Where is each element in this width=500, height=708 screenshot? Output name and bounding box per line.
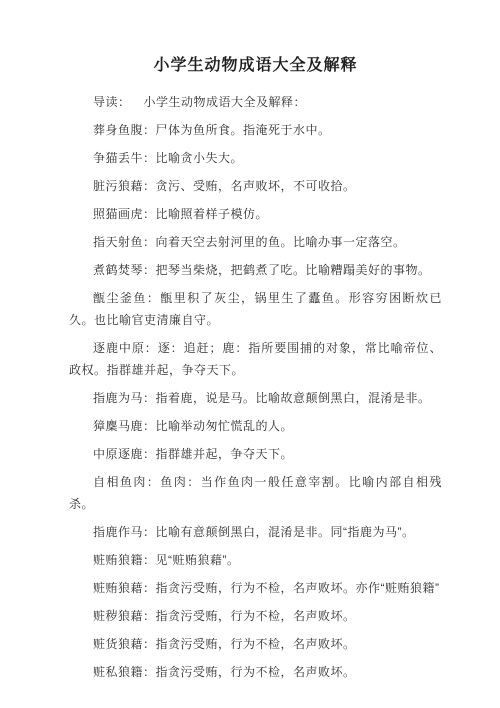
- idiom-definition: 指贪污受贿，行为不检，名声败坏。: [156, 665, 356, 679]
- idiom-definition: 指群雄并起，争夺天下。: [156, 447, 294, 461]
- idiom-entry: 甑尘釜鱼：甑里积了灰尘，锅里生了蠹鱼。形容穷困断炊已久。也比喻官吏清廉自守。: [69, 287, 442, 331]
- idiom-entry: 指天射鱼：向着天空去射河里的鱼。比喻办事一定落空。: [69, 231, 442, 253]
- idiom-term: 獐麇马鹿：: [93, 419, 156, 433]
- idiom-term: 逐鹿中原：: [93, 341, 158, 355]
- idiom-definition: 尸体为鱼所食。指淹死于水中。: [156, 123, 331, 137]
- idiom-term: 争猫丢牛：: [93, 151, 156, 165]
- idiom-definition: 指贪污受贿，行为不检，名声败坏。: [156, 637, 356, 651]
- idiom-definition: 指着鹿，说是马。比喻故意颠倒黑白，混淆是非。: [156, 391, 431, 405]
- idiom-term: 指鹿为马：: [93, 391, 156, 405]
- idiom-term: 照猫画虎：: [93, 207, 156, 221]
- idiom-term: 脏污狼藉：: [93, 179, 156, 193]
- idiom-definition: 比喻照着样子模仿。: [156, 207, 269, 221]
- idiom-entry: 赃秽狼藉：指贪污受贿，行为不检，名声败坏。: [69, 605, 442, 627]
- idiom-term: 煮鹤焚琴：: [93, 263, 156, 277]
- idiom-entry: 争猫丢牛：比喻贪小失大。: [69, 147, 442, 169]
- idiom-entry: 脏污狼藉：贪污、受贿，名声败坏，不可收拾。: [69, 175, 442, 197]
- idiom-entry: 獐麇马鹿：比喻举动匆忙慌乱的人。: [69, 415, 442, 437]
- idiom-definition: 把琴当柴烧，把鹤煮了吃。比喻糟蹋美好的事物。: [156, 263, 431, 277]
- idiom-definition: 贪污、受贿，名声败坏，不可收拾。: [156, 179, 356, 193]
- idiom-term: 赃秽狼藉：: [93, 609, 156, 623]
- idiom-definition: 向着天空去射河里的鱼。比喻办事一定落空。: [156, 235, 406, 249]
- idiom-term: 葬身鱼腹：: [93, 123, 156, 137]
- idiom-definition: 比喻贪小失大。: [156, 151, 244, 165]
- idiom-definition: 指贪污受贿，行为不检，名声败坏。亦作“赃贿狼籍”: [156, 581, 440, 595]
- idiom-term: 赃贿狼籍：: [93, 553, 156, 567]
- idiom-term: 自相鱼肉：: [93, 475, 160, 489]
- idiom-term: 赃私狼籍：: [93, 665, 156, 679]
- idiom-term: 指鹿作马：: [93, 525, 156, 539]
- intro-label: 导读：: [93, 95, 131, 109]
- idiom-entry: 赃货狼藉：指贪污受贿，行为不检，名声败坏。: [69, 633, 442, 655]
- idiom-entry: 照猫画虎：比喻照着样子模仿。: [69, 203, 442, 225]
- idiom-term: 赃贿狼藉：: [93, 581, 156, 595]
- document-page: 小学生动物成语大全及解释 导读：小学生动物成语大全及解释： 葬身鱼腹：尸体为鱼所…: [0, 0, 500, 708]
- idiom-entry: 指鹿作马：比喻有意颠倒黑白，混淆是非。同“指鹿为马”。: [69, 521, 442, 543]
- intro-text: 小学生动物成语大全及解释：: [144, 95, 307, 109]
- idiom-entry: 自相鱼肉：鱼肉：当作鱼肉一般任意宰割。比喻内部自相残杀。: [69, 471, 442, 515]
- idiom-entry: 中原逐鹿：指群雄并起，争夺天下。: [69, 443, 442, 465]
- document-title: 小学生动物成语大全及解释: [69, 56, 442, 76]
- idiom-definition: 比喻有意颠倒黑白，混淆是非。同“指鹿为马”。: [156, 525, 415, 539]
- idiom-entry: 赃贿狼籍：见“赃贿狼藉”。: [69, 549, 442, 571]
- idiom-entry: 指鹿为马：指着鹿，说是马。比喻故意颠倒黑白，混淆是非。: [69, 387, 442, 409]
- idiom-term: 甑尘釜鱼：: [93, 291, 160, 305]
- idiom-entry: 逐鹿中原：逐：追赶；鹿：指所要围捕的对象，常比喻帝位、政权。指群雄并起，争夺天下…: [69, 337, 442, 381]
- idiom-definition: 见“赃贿狼藉”。: [156, 553, 240, 567]
- intro-paragraph: 导读：小学生动物成语大全及解释：: [69, 91, 442, 113]
- idiom-term: 中原逐鹿：: [93, 447, 156, 461]
- idiom-definition: 指贪污受贿，行为不检，名声败坏。: [156, 609, 356, 623]
- idiom-term: 指天射鱼：: [93, 235, 156, 249]
- idiom-entry: 赃私狼籍：指贪污受贿，行为不检，名声败坏。: [69, 661, 442, 683]
- idiom-entry: 赃贿狼藉：指贪污受贿，行为不检，名声败坏。亦作“赃贿狼籍”: [69, 577, 442, 599]
- idiom-definition: 比喻举动匆忙慌乱的人。: [156, 419, 294, 433]
- idiom-entry: 葬身鱼腹：尸体为鱼所食。指淹死于水中。: [69, 119, 442, 141]
- idiom-term: 赃货狼藉：: [93, 637, 156, 651]
- idiom-entry: 煮鹤焚琴：把琴当柴烧，把鹤煮了吃。比喻糟蹋美好的事物。: [69, 259, 442, 281]
